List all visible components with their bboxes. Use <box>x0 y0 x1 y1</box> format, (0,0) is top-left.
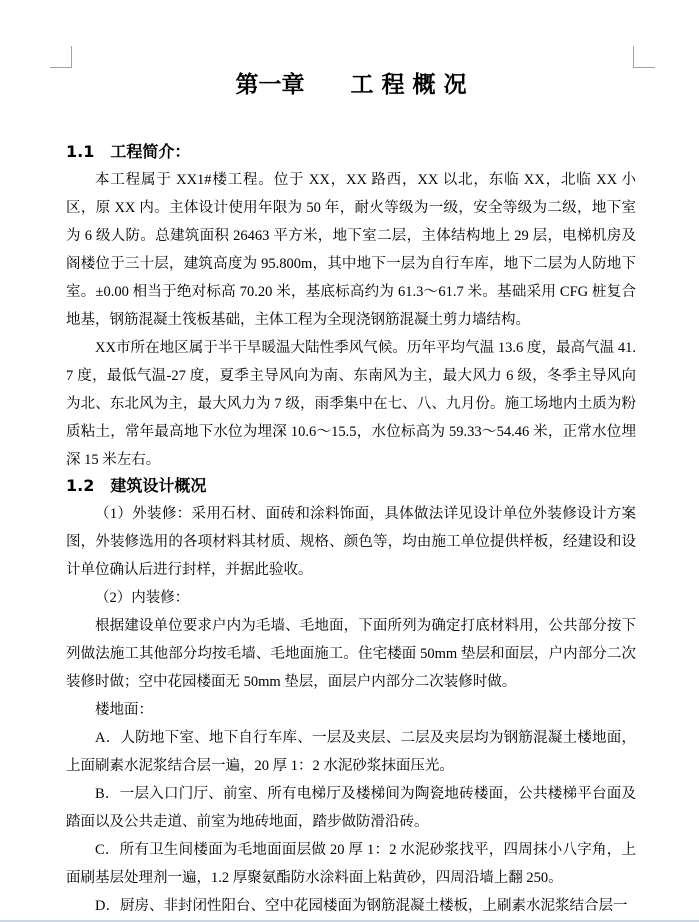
paragraph-exterior-finish: （1）外装修：采用石材、面砖和涂料饰面，具体做法详见设计单位外装修设计方案图，外… <box>66 500 636 584</box>
paragraph-project-intro: 本工程属于 XX1#楼工程。位于 XX，XX 路西，XX 以北，东临 XX，北临… <box>66 166 636 334</box>
chapter-title: 第一章 工 程 概 况 <box>66 68 636 102</box>
text-boundary-mark-top-left <box>50 46 72 68</box>
paragraph-interior-finish-detail: 根据建设单位要求户内为毛墙、毛地面，下面所列为确定打底材料用，公共部分按下列做法… <box>66 612 636 696</box>
paragraph-floor-item-a: A．人防地下室、地下自行车库、一层及夹层、二层及夹层均为钢筋混凝土楼地面，上面刷… <box>66 724 636 780</box>
section-heading-1-1: 1.1 工程简介： <box>66 140 636 164</box>
text-boundary-mark-top-right <box>633 46 655 68</box>
page-content: 第一章 工 程 概 况 1.1 工程简介： 本工程属于 XX1#楼工程。位于 X… <box>66 68 636 920</box>
paragraph-interior-finish-label: （2）内装修： <box>66 584 636 612</box>
paragraph-floor-item-c: C．所有卫生间楼面为毛地面面层做 20 厚 1：2 水泥砂浆找平，四周抹小八字角… <box>66 836 636 892</box>
section-heading-1-2: 1.2 建筑设计概况 <box>66 474 636 498</box>
paragraph-climate: XX市所在地区属于半干旱暖温大陆性季风气候。历年平均气温 13.6 度，最高气温… <box>66 334 636 474</box>
paragraph-floor-item-b: B．一层入口门厅、前室、所有电梯厅及楼梯间为陶瓷地砖楼面，公共楼梯平台面及踏面以… <box>66 780 636 836</box>
paragraph-floor-item-d: D．厨房、非封闭性阳台、空中花园楼面为钢筋混凝土楼板，上刷素水泥浆结合层一 <box>66 892 636 920</box>
document-page: 第一章 工 程 概 况 1.1 工程简介： 本工程属于 XX1#楼工程。位于 X… <box>0 0 699 922</box>
paragraph-floor-label: 楼地面： <box>66 696 636 724</box>
